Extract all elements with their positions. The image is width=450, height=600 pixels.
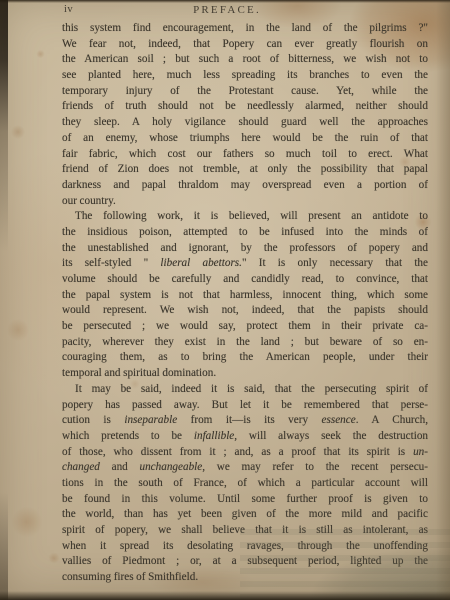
text-line: they sleep. A holy vigilance should guar… (62, 115, 428, 131)
text-line: The following work, it is believed, will… (62, 209, 428, 225)
text-line: this system find encouragement, in the l… (62, 21, 428, 37)
text-line: the papal system is not that harmless, i… (62, 288, 428, 304)
text-line: of those, who dissent from it ; and, as … (62, 445, 428, 461)
text-line: changed and unchangeable, we may refer t… (62, 460, 428, 476)
text-line: spirit of popery, we shall believe that … (62, 523, 428, 539)
text-line: see planted here, much less spreading it… (62, 68, 428, 84)
page-curve-shadow (436, 0, 450, 600)
text-line: the unestablished and ignorant, by the p… (62, 241, 428, 257)
text-line: would represent. We wish not, indeed, th… (62, 303, 428, 319)
text-line: the world, than has yet been given of th… (62, 507, 428, 523)
text-line: friends of truth should not be needlessl… (62, 99, 428, 115)
text-line: couraging them, as to bring the American… (62, 350, 428, 366)
book-page-scan: iv PREFACE. this system find encourageme… (0, 0, 450, 600)
text-line: temporal and spiritual domination. (62, 366, 428, 382)
text-line: volume should be carefully and candidly … (62, 272, 428, 288)
text-line: be persecuted ; we would say, protect th… (62, 319, 428, 335)
scan-edge-bottom (0, 591, 450, 600)
text-line: fair fabric, which cost our fathers so m… (62, 147, 428, 163)
text-line: friend of Zion does not tremble, at only… (62, 162, 428, 178)
text-line: cution is inseparable from it—is its ver… (62, 413, 428, 429)
scan-edge-left (0, 0, 8, 600)
text-line: We fear not, indeed, that Popery can eve… (62, 37, 428, 53)
text-line: popery has passed away. But let it be re… (62, 398, 428, 414)
text-line: pacity, wherever they exist in the land … (62, 335, 428, 351)
page-header: iv PREFACE. (62, 2, 428, 18)
text-line: temporary injury of the Protestant cause… (62, 84, 428, 100)
text-line: its self-styled " liberal abettors." It … (62, 256, 428, 272)
text-block: this system find encouragement, in the l… (62, 21, 428, 586)
text-line: the American soil ; but such a root of b… (62, 52, 428, 68)
text-line: be found in this volume. Until some furt… (62, 492, 428, 508)
text-line: which pretends to be infallible, will al… (62, 429, 428, 445)
text-line: the insidious poison, attempted to be in… (62, 225, 428, 241)
text-line: vallies of Piedmont ; or, at a subsequen… (62, 554, 428, 570)
text-line: darkness and papal thraldom may overspre… (62, 178, 428, 194)
text-line: It may be said, indeed it is said, that … (62, 382, 428, 398)
text-line: tions in the south of France, of which a… (62, 476, 428, 492)
text-line: when it spread its desolating ravages, t… (62, 539, 428, 555)
text-line: of an enemy, whose triumphs here would b… (62, 131, 428, 147)
text-line: consuming fires of Smithfield. (62, 570, 428, 586)
page-title: PREFACE. (62, 4, 392, 16)
text-line: our country. (62, 194, 428, 210)
